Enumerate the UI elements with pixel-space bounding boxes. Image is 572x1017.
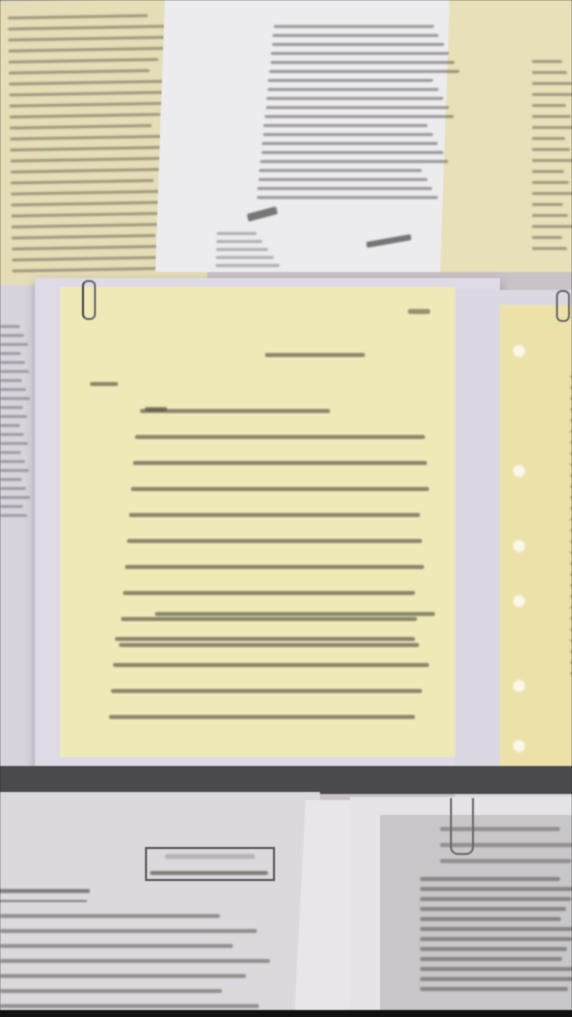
typed-text-line <box>109 715 415 719</box>
typed-text-line <box>532 225 572 228</box>
typed-text-line <box>532 137 565 140</box>
typed-text-line <box>0 388 26 391</box>
typed-text-line <box>256 196 437 199</box>
date-line <box>265 353 365 357</box>
typed-text-line <box>115 637 415 641</box>
typed-text-line <box>263 133 433 136</box>
typed-text-line <box>12 234 156 240</box>
typed-text-line <box>0 989 222 993</box>
paperclip-icon <box>450 798 474 855</box>
typed-text-line <box>11 223 164 229</box>
signature-mark <box>366 234 411 248</box>
typed-text-line <box>10 124 152 129</box>
handwritten-page-number <box>408 309 430 314</box>
typed-text-line <box>532 192 572 195</box>
typed-text-line <box>420 917 561 921</box>
typed-text-line <box>440 859 571 863</box>
typed-text-line <box>265 115 454 118</box>
typed-text-line <box>532 247 567 250</box>
typed-text-line <box>129 513 420 517</box>
typed-text-line <box>0 451 21 454</box>
punch-hole <box>513 740 525 752</box>
typed-text-line <box>0 361 25 364</box>
typed-text-line <box>271 52 449 55</box>
typed-text-line <box>269 70 459 73</box>
typed-text-line <box>9 113 160 119</box>
salutation <box>145 407 167 411</box>
typed-text-line <box>259 169 422 172</box>
typed-text-line <box>9 102 169 108</box>
typed-text-line <box>0 460 25 463</box>
typed-text-line <box>532 71 567 74</box>
typed-text-line <box>420 897 571 901</box>
typed-text-line <box>0 325 20 328</box>
typed-text-line <box>0 487 26 490</box>
punch-hole <box>513 540 525 552</box>
typed-text-line <box>420 977 572 981</box>
bottom-left-page <box>0 792 320 1017</box>
typed-text-line <box>0 914 220 918</box>
typed-text-line <box>0 424 20 427</box>
typed-text-line <box>133 461 427 465</box>
typed-text-line <box>0 442 28 445</box>
typed-text-line <box>0 974 246 978</box>
punch-hole <box>513 595 525 607</box>
typed-text-line <box>9 58 159 64</box>
typed-text-line <box>257 187 432 190</box>
typed-text-line <box>215 264 279 267</box>
typed-text-line <box>131 487 429 491</box>
paperclip-icon <box>82 280 96 320</box>
stamp-text <box>150 871 268 875</box>
document-number <box>90 382 118 386</box>
typed-text-line <box>10 157 171 163</box>
typed-text-line <box>140 409 330 413</box>
typed-text-line <box>420 887 572 891</box>
typed-text-line <box>0 343 28 346</box>
rubber-stamp <box>145 847 275 881</box>
typed-text-line <box>11 179 154 184</box>
typed-text-line <box>270 61 454 64</box>
typed-text-line <box>420 947 567 951</box>
typed-text-line <box>0 397 30 400</box>
typed-text-line <box>532 170 564 173</box>
top-right-page <box>432 0 572 272</box>
table-gap <box>0 766 572 794</box>
paperclip-icon <box>556 290 570 322</box>
punch-hole <box>513 465 525 477</box>
punch-hole <box>513 345 525 357</box>
typed-text-line <box>113 663 429 667</box>
typed-text-line <box>532 126 572 129</box>
typed-text-line <box>0 496 30 499</box>
typed-text-line <box>532 82 572 85</box>
typed-text-line <box>420 907 566 911</box>
center-main-page <box>60 287 455 757</box>
typed-text-line <box>0 415 27 418</box>
typed-text-line <box>532 93 572 96</box>
frame-bottom-bar <box>0 1010 572 1017</box>
typed-text-line <box>0 370 29 373</box>
typed-text-line <box>216 240 262 243</box>
typed-text-line <box>532 115 571 118</box>
typed-text-line <box>532 104 566 107</box>
typed-text-line <box>11 212 173 218</box>
typed-text-line <box>9 91 178 97</box>
typed-text-line <box>8 14 148 19</box>
typed-text-line <box>532 159 572 162</box>
typed-text-line <box>532 60 562 63</box>
typed-text-line <box>532 148 570 151</box>
typed-text-line <box>266 106 449 109</box>
typed-text-line <box>0 406 23 409</box>
typed-text-line <box>11 201 182 207</box>
typed-text-line <box>267 88 438 91</box>
typed-text-line <box>155 612 435 616</box>
typed-text-line <box>135 435 425 439</box>
typed-text-line <box>261 151 443 154</box>
typed-text-line <box>0 944 233 948</box>
typed-text-line <box>420 987 568 991</box>
typed-text-line <box>217 232 257 235</box>
typed-text-line <box>274 25 434 28</box>
typed-text-line <box>10 168 162 174</box>
typed-text-line <box>127 539 422 543</box>
typed-text-line <box>0 433 24 436</box>
typed-text-line <box>0 959 270 963</box>
typed-text-line <box>420 937 572 941</box>
typed-text-line <box>420 927 572 931</box>
typed-text-line <box>0 352 21 355</box>
typed-text-line <box>532 214 568 217</box>
typed-text-line <box>258 178 427 181</box>
typed-text-line <box>0 514 27 517</box>
typed-text-line <box>121 617 417 621</box>
typed-text-line <box>532 203 563 206</box>
signature-mark <box>247 206 278 221</box>
typed-text-line <box>272 43 444 46</box>
stamp-text <box>165 854 255 859</box>
top-center-page <box>155 0 449 272</box>
typed-text-line <box>420 877 560 881</box>
typed-text-line <box>119 643 419 647</box>
typed-text-line <box>8 24 185 30</box>
typed-text-line <box>216 248 268 251</box>
typed-text-line <box>0 334 24 337</box>
typed-text-line <box>420 957 562 961</box>
typed-text-line <box>0 505 23 508</box>
underline <box>0 900 87 902</box>
typed-text-line <box>8 47 167 53</box>
document-photo <box>0 0 572 1017</box>
typed-text-line <box>266 97 443 100</box>
typed-text-line <box>8 36 176 42</box>
typed-text-line <box>0 478 22 481</box>
typed-text-line <box>216 256 274 259</box>
typed-text-line <box>123 591 415 595</box>
typed-text-line <box>10 146 180 152</box>
typed-text-line <box>273 34 439 37</box>
typed-text-line <box>420 967 572 971</box>
typed-text-line <box>0 379 22 382</box>
typed-text-line <box>9 79 187 85</box>
typed-text-line <box>532 236 562 239</box>
typed-text-line <box>12 267 175 273</box>
right-punched-page <box>455 290 572 800</box>
typed-text-line <box>268 79 433 82</box>
typed-text-line <box>111 689 422 693</box>
typed-text-line <box>260 160 448 163</box>
typed-text-line <box>125 565 424 569</box>
heading-underlined <box>0 889 90 893</box>
punch-hole <box>513 680 525 692</box>
typed-text-line <box>262 142 438 145</box>
typed-text-line <box>9 69 150 74</box>
typed-text-line <box>264 124 428 127</box>
typed-text-line <box>0 929 257 933</box>
typed-text-line <box>532 181 569 184</box>
typed-text-line <box>0 469 29 472</box>
typed-text-line <box>0 1004 259 1008</box>
